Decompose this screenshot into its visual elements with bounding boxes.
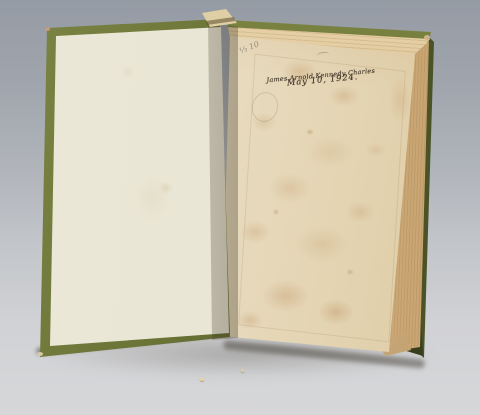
corner-wear-bottom-left <box>37 352 43 356</box>
corner-wear-top-right <box>424 35 430 40</box>
open-book: ⅓ 10 James Arnold Kennedy Charles May 10… <box>0 0 480 415</box>
pencil-squiggle-mark <box>317 51 330 59</box>
corner-wear-top-left <box>45 27 50 31</box>
paper-crumb <box>241 369 244 372</box>
photo-open-antique-book: ⅓ 10 James Arnold Kennedy Charles May 10… <box>0 0 480 415</box>
paper-crumb <box>200 378 204 381</box>
